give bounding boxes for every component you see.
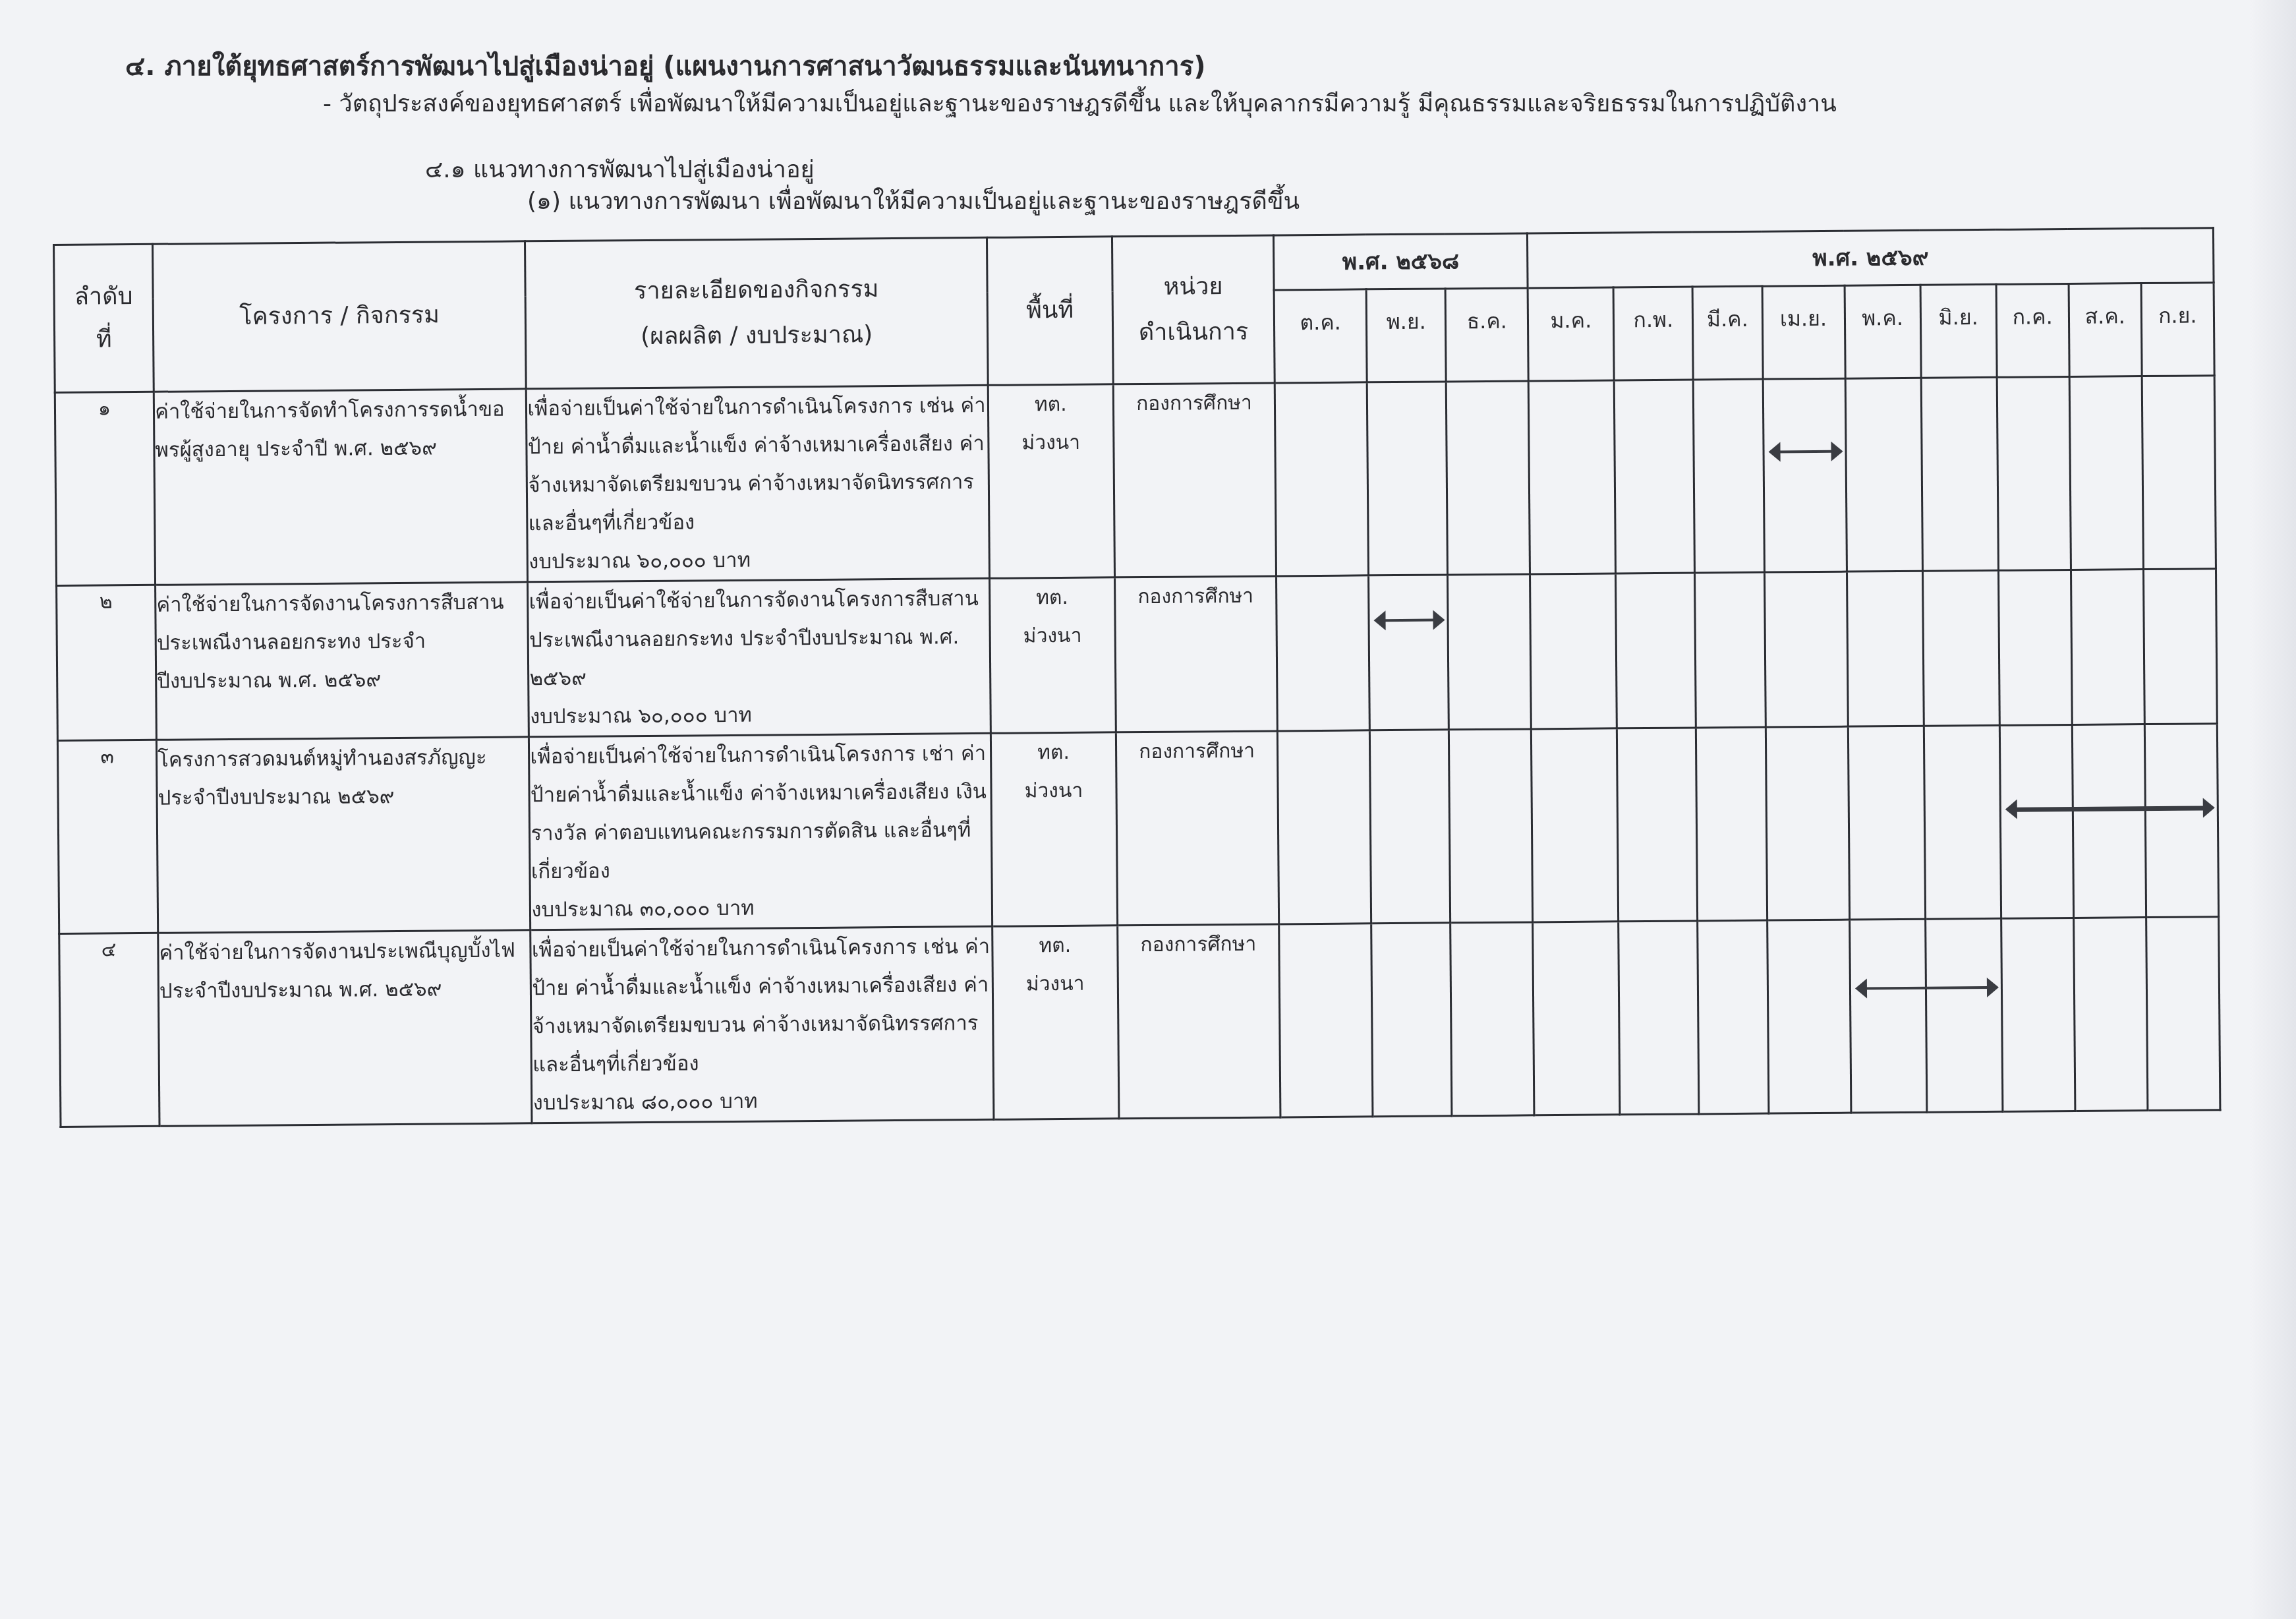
area-cell: ทต.ม่วงนา: [988, 384, 1114, 578]
development-guideline: (๑) แนวทางการพัฒนา เพื่อพัฒนาให้มีความเป…: [527, 182, 1300, 220]
detail-text: เพื่อจ่ายเป็นค่าใช้จ่ายในการดำเนินโครงกา…: [532, 935, 990, 1076]
month-cell: [1277, 575, 1370, 731]
project-name: โครงการสวดมนต์หมู่ทำนองสรภัญญะ ประจำปีงบ…: [156, 737, 531, 933]
header-month: มี.ค.: [1693, 286, 1763, 380]
month-cell: [1448, 574, 1532, 730]
header-month: ต.ค.: [1274, 289, 1367, 383]
month-cell: [1449, 729, 1533, 923]
responsible-unit: กองการศึกษา: [1114, 576, 1277, 732]
budget-text: งบประมาณ ๓๐,๐๐๐ บาท: [531, 897, 755, 922]
month-cell: [1371, 923, 1452, 1117]
area-line1: ทต.: [1035, 393, 1067, 416]
table-body: ๑ค่าใช้จ่ายในการจัดทำโครงการรดน้ำขอพรผู้…: [55, 376, 2220, 1127]
arrow-head-right-icon: [1433, 610, 1445, 630]
header-unit: หน่วย ดำเนินการ: [1112, 235, 1275, 384]
table-row: ๓โครงการสวดมนต์หมู่ทำนองสรภัญญะ ประจำปีง…: [57, 724, 2218, 934]
month-cell: [1921, 377, 1998, 571]
responsible-unit: กองการศึกษา: [1113, 383, 1276, 577]
table-row: ๒ค่าใช้จ่ายในการจัดงานโครงการสืบสานประเพ…: [57, 569, 2218, 741]
month-cell: [1763, 378, 1847, 572]
project-plan-table: ลำดับ ที่ โครงการ / กิจกรรม รายละเอียดขอ…: [53, 227, 2221, 1128]
arrow-shaft: [1385, 619, 1435, 622]
month-cell: [2072, 724, 2146, 918]
header-month: มิ.ย.: [1920, 284, 1997, 378]
month-cell: [1275, 382, 1368, 576]
header-project: โครงการ / กิจกรรม: [153, 241, 527, 392]
header-month: พ.ค.: [1845, 285, 1921, 378]
timeline-arrow-icon: [1374, 610, 1445, 630]
month-cell: [1367, 382, 1447, 575]
month-cell: [1695, 572, 1765, 728]
header-no-label: ลำดับ ที่: [55, 276, 152, 362]
row-number: ๓: [57, 740, 158, 933]
header-month: พ.ย.: [1366, 289, 1446, 382]
header-area: พื้นที่: [987, 237, 1113, 385]
arrow-shaft: [1779, 450, 1832, 454]
header-detail: รายละเอียดของกิจกรรม (ผลผลิต / งบประมาณ): [525, 237, 988, 388]
detail-text: เพื่อจ่ายเป็นค่าใช้จ่ายในการดำเนินโครงกา…: [527, 394, 986, 535]
month-cell: [1532, 728, 1619, 922]
header-month: เม.ย.: [1762, 285, 1845, 379]
month-cell: [1533, 922, 1620, 1115]
month-cell: [1450, 922, 1534, 1116]
project-name: ค่าใช้จ่ายในการจัดทำโครงการรดน้ำขอพรผู้ส…: [154, 389, 528, 585]
month-cell: [1615, 380, 1695, 574]
month-cell: [1277, 730, 1371, 924]
table-row: ๔ค่าใช้จ่ายในการจัดงานประเพณีบุญบั้งไฟ ป…: [59, 917, 2220, 1127]
activity-detail: เพื่อจ่ายเป็นค่าใช้จ่ายในการจัดงานโครงกา…: [528, 578, 990, 736]
area-line1: ทต.: [1037, 741, 1070, 764]
month-cell: [2143, 569, 2217, 724]
strategy-objective: - วัตถุประสงค์ของยุทธศาสตร์ เพื่อพัฒนาให…: [323, 84, 1837, 122]
header-month: ม.ค.: [1528, 287, 1614, 381]
header-year-2569: พ.ศ. ๒๕๖๙: [1528, 228, 2214, 288]
month-cell: [1698, 920, 1768, 1114]
row-number: ๑: [55, 392, 155, 585]
month-cell: [1619, 921, 1699, 1115]
activity-detail: เพื่อจ่ายเป็นค่าใช้จ่ายในการดำเนินโครงกา…: [531, 926, 994, 1123]
month-cell: [2146, 917, 2220, 1111]
month-cell: [1370, 730, 1450, 924]
header-detail-line2: (ผลผลิต / งบประมาณ): [527, 311, 987, 360]
responsible-unit: กองการศึกษา: [1118, 924, 1280, 1119]
month-cell: [2069, 376, 2143, 570]
detail-text: เพื่อจ่ายเป็นค่าใช้จ่ายในการดำเนินโครงกา…: [530, 742, 987, 883]
section-title: ๔. ภายใต้ยุทธศาสตร์การพัฒนาไปสู่เมืองน่า…: [125, 45, 1205, 87]
responsible-unit: กองการศึกษา: [1116, 731, 1278, 926]
month-cell: [1922, 570, 1999, 726]
month-cell: [1847, 571, 1924, 726]
month-cell: [2144, 724, 2218, 918]
month-cell: [2073, 918, 2147, 1111]
project-name: ค่าใช้จ่ายในการจัดงานประเพณีบุญบั้งไฟ ปร…: [158, 930, 532, 1126]
month-cell: [1694, 379, 1764, 573]
month-cell: [1848, 726, 1925, 920]
area-line2: ม่วงนา: [1021, 431, 1080, 455]
month-cell: [1998, 570, 2072, 725]
month-cell: [1369, 575, 1449, 730]
budget-text: งบประมาณ ๘๐,๐๐๐ บาท: [533, 1090, 758, 1115]
month-cell: [1696, 727, 1767, 921]
month-cell: [1617, 728, 1698, 922]
arrow-head-left-icon: [2005, 800, 2017, 819]
header-month: ก.ย.: [2141, 283, 2214, 376]
arrow-head-left-icon: [1768, 442, 1780, 461]
header-unit-line1: หน่วย: [1113, 264, 1273, 310]
month-cell: [1999, 724, 2073, 918]
header-month: ก.ค.: [1996, 283, 2069, 377]
area-cell: ทต.ม่วงนา: [990, 732, 1117, 926]
month-cell: [1279, 924, 1373, 1117]
header-unit-line2: ดำเนินการ: [1114, 309, 1274, 355]
month-cell: [1616, 573, 1696, 728]
project-name: ค่าใช้จ่ายในการจัดงานโครงการสืบสานประเพณ…: [156, 582, 529, 740]
month-cell: [1997, 376, 2071, 570]
area-cell: ทต.ม่วงนา: [992, 926, 1119, 1119]
month-cell: [2142, 376, 2216, 570]
month-cell: [1925, 918, 2002, 1112]
budget-text: งบประมาณ ๖๐,๐๐๐ บาท: [530, 703, 752, 729]
month-cell: [1530, 574, 1617, 729]
arrow-head-right-icon: [1831, 442, 1843, 461]
month-cell: [1845, 378, 1922, 572]
row-number: ๒: [57, 585, 157, 740]
header-year-2568: พ.ศ. ๒๕๖๘: [1274, 233, 1528, 290]
activity-detail: เพื่อจ่ายเป็นค่าใช้จ่ายในการดำเนินโครงกา…: [529, 733, 992, 929]
month-cell: [1446, 381, 1530, 575]
arrow-head-left-icon: [1374, 610, 1386, 630]
row-number: ๔: [59, 933, 159, 1127]
timeline-arrow-icon: [1768, 442, 1843, 462]
header-no: ลำดับ ที่: [54, 244, 154, 392]
month-cell: [1765, 726, 1849, 920]
month-cell: [1924, 725, 2001, 919]
month-cell: [1764, 572, 1848, 727]
area-line2: ม่วงนา: [1024, 779, 1083, 803]
month-cell: [2071, 570, 2144, 725]
activity-detail: เพื่อจ่ายเป็นค่าใช้จ่ายในการดำเนินโครงกา…: [527, 385, 990, 581]
month-cell: [1849, 919, 1926, 1113]
header-month: ธ.ค.: [1445, 288, 1528, 382]
area-line2: ม่วงนา: [1026, 972, 1085, 996]
header-month: ก.พ.: [1613, 287, 1693, 380]
month-cell: [1528, 380, 1615, 574]
month-cell: [2001, 918, 2075, 1111]
area-line2: ม่วงนา: [1023, 624, 1082, 648]
area-cell: ทต.ม่วงนา: [989, 577, 1116, 733]
header-month: ส.ค.: [2069, 283, 2142, 377]
arrow-head-left-icon: [1854, 978, 1866, 998]
header-detail-line1: รายละเอียดของกิจกรรม: [527, 266, 987, 315]
table-row: ๑ค่าใช้จ่ายในการจัดทำโครงการรดน้ำขอพรผู้…: [55, 376, 2216, 586]
area-line1: ทต.: [1039, 934, 1071, 957]
project-plan-table-wrapper: ลำดับ ที่ โครงการ / กิจกรรม รายละเอียดขอ…: [53, 227, 2221, 1128]
area-line1: ทต.: [1036, 586, 1068, 609]
scan-page-edge: [2250, 0, 2296, 1619]
detail-text: เพื่อจ่ายเป็นค่าใช้จ่ายในการจัดงานโครงกา…: [529, 587, 979, 690]
budget-text: งบประมาณ ๖๐,๐๐๐ บาท: [529, 548, 751, 574]
month-cell: [1767, 920, 1851, 1113]
